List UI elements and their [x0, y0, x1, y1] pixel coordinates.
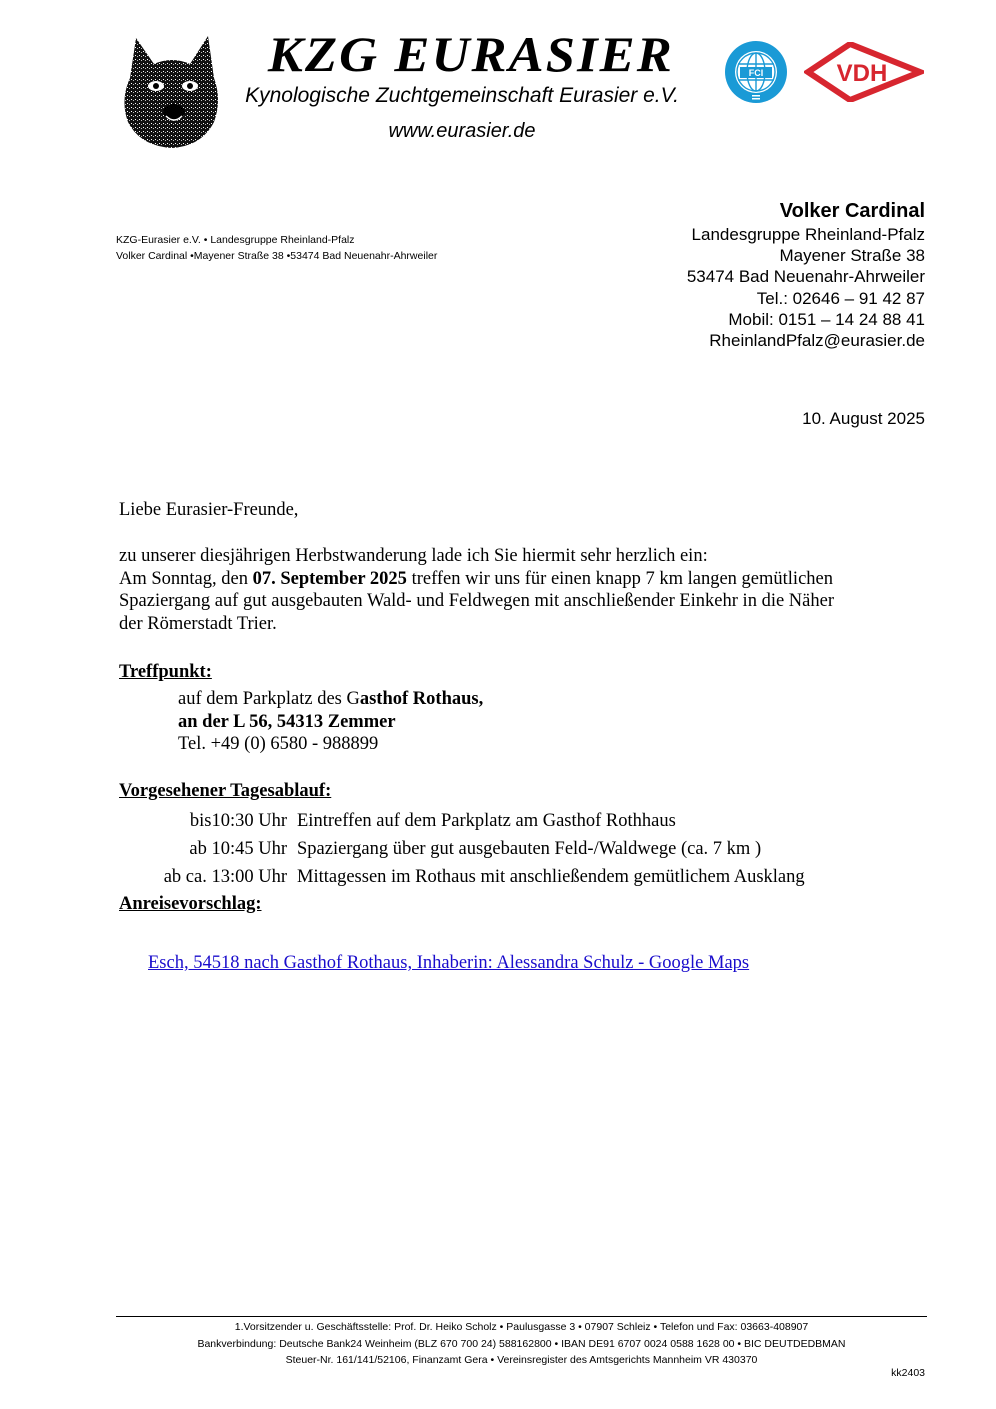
schedule-time: bis10:30 Uhr — [119, 810, 297, 833]
venue-name: asthof Rothaus, — [360, 689, 483, 709]
contact-street: Mayener Straße 38 — [687, 245, 925, 266]
vdh-logo-icon: VDH — [804, 42, 924, 102]
schedule-activity: Eintreffen auf dem Parkplatz am Gasthof … — [297, 810, 676, 833]
svg-text:FCI: FCI — [749, 68, 764, 78]
sender-return-address: KZG-Eurasier e.V. • Landesgruppe Rheinla… — [116, 232, 437, 264]
contact-phone: Tel.: 02646 – 91 42 87 — [687, 288, 925, 309]
schedule-time: ab ca. 13:00 Uhr — [119, 866, 297, 889]
travel-suggestion-heading: Anreisevorschlag: — [119, 893, 262, 916]
brand-subtitle: Kynologische Zuchtgemeinschaft Eurasier … — [232, 82, 692, 110]
meeting-point-details: auf dem Parkplatz des Gasthof Rothaus, a… — [178, 688, 483, 756]
footer-line-3: Steuer-Nr. 161/141/52106, Finanzamt Gera… — [116, 1352, 927, 1369]
footer-line-1: 1.Vorsitzender u. Geschäftsstelle: Prof.… — [116, 1319, 927, 1336]
letter-date: 10. August 2025 — [802, 408, 925, 430]
schedule-heading: Vorgesehener Tagesablauf: — [119, 780, 331, 803]
contact-city: 53474 Bad Neuenahr-Ahrweiler — [687, 266, 925, 287]
brand-title: KZG EURASIER — [232, 26, 710, 82]
meeting-location: auf dem Parkplatz des Gasthof Rothaus, — [178, 688, 483, 711]
svg-text:VDH: VDH — [837, 60, 888, 87]
sender-line-2: Volker Cardinal •Mayener Straße 38 •5347… — [116, 248, 437, 264]
venue-address: an der L 56, 54313 Zemmer — [178, 712, 396, 732]
intro-line-3: Spaziergang auf gut ausgebauten Wald- un… — [119, 590, 919, 613]
sender-line-1: KZG-Eurasier e.V. • Landesgruppe Rheinla… — [116, 232, 437, 248]
meeting-point-heading: Treffpunkt: — [119, 661, 212, 684]
footer-divider — [116, 1316, 927, 1317]
schedule-item: ab 10:45 Uhr Spaziergang über gut ausgeb… — [119, 835, 805, 863]
meeting-phone: Tel. +49 (0) 6580 - 988899 — [178, 733, 483, 756]
contact-block: Volker Cardinal Landesgruppe Rheinland-P… — [687, 198, 925, 351]
schedule-list: bis10:30 Uhr Eintreffen auf dem Parkplat… — [119, 807, 805, 891]
schedule-item: bis10:30 Uhr Eintreffen auf dem Parkplat… — [119, 807, 805, 835]
intro-line-1: zu unserer diesjährigen Herbstwanderung … — [119, 545, 919, 568]
event-date: 07. September 2025 — [253, 569, 407, 589]
meeting-address: an der L 56, 54313 Zemmer — [178, 711, 483, 734]
schedule-activity: Spaziergang über gut ausgebauten Feld-/W… — [297, 838, 761, 861]
document-code: kk2403 — [891, 1367, 925, 1379]
contact-name: Volker Cardinal — [687, 198, 925, 224]
footer: 1.Vorsitzender u. Geschäftsstelle: Prof.… — [116, 1319, 927, 1369]
contact-email[interactable]: RheinlandPfalz@eurasier.de — [687, 330, 925, 351]
schedule-activity: Mittagessen im Rothaus mit anschließende… — [297, 866, 805, 889]
salutation: Liebe Eurasier-Freunde, — [119, 499, 298, 522]
intro-paragraph: zu unserer diesjährigen Herbstwanderung … — [119, 545, 919, 635]
fci-logo-icon: FCI — [724, 40, 788, 104]
schedule-item: ab ca. 13:00 Uhr Mittagessen im Rothaus … — [119, 863, 805, 891]
eurasier-dog-head-icon — [118, 30, 226, 150]
contact-mobile: Mobil: 0151 – 14 24 88 41 — [687, 309, 925, 330]
intro-text: treffen wir uns für einen knapp 7 km lan… — [407, 569, 833, 589]
schedule-time: ab 10:45 Uhr — [119, 838, 297, 861]
brand-url[interactable]: www.eurasier.de — [232, 118, 692, 144]
contact-group: Landesgruppe Rheinland-Pfalz — [687, 224, 925, 245]
meeting-text: auf dem Parkplatz des G — [178, 689, 360, 709]
intro-line-4: der Römerstadt Trier. — [119, 613, 919, 636]
intro-text: Am Sonntag, den — [119, 569, 253, 589]
intro-line-2: Am Sonntag, den 07. September 2025 treff… — [119, 568, 919, 591]
footer-line-2: Bankverbindung: Deutsche Bank24 Weinheim… — [116, 1336, 927, 1353]
google-maps-route-link[interactable]: Esch, 54518 nach Gasthof Rothaus, Inhabe… — [148, 952, 749, 975]
